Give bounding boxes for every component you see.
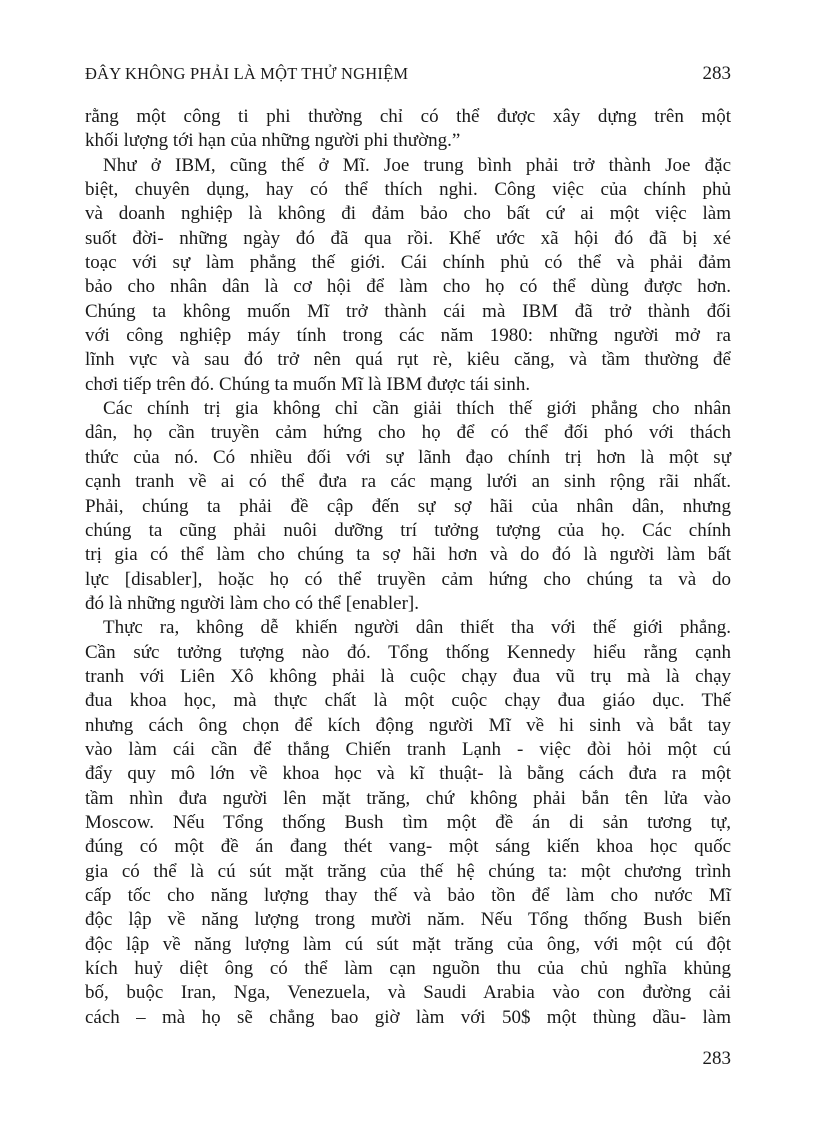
text-line: chơi tiếp trên đó. Chúng ta muốn Mĩ là I… (85, 373, 731, 397)
header-page-number: 283 (703, 63, 732, 85)
text-line: gia có thể là cú sút mặt trăng của thế h… (85, 860, 731, 884)
text-line: độc lập về năng lượng làm cú sút mặt tră… (85, 933, 731, 957)
text-line: khối lượng tới hạn của những người phi t… (85, 129, 731, 153)
text-line: chúng ta cũng phải nuôi dưỡng trí tưởng … (85, 519, 731, 543)
text-line: cấp tốc cho năng lượng thay thế và bảo t… (85, 884, 731, 908)
text-line: biệt, chuyên dụng, hay có thể thích nghi… (85, 178, 731, 202)
text-line: độc lập về năng lượng trong mười năm. Nế… (85, 908, 731, 932)
footer-page-number: 283 (85, 1048, 731, 1070)
text-line: thức của nó. Có nhiều đối với sự lãnh đạ… (85, 446, 731, 470)
text-line: đua khoa học, mà thực chất là một cuộc c… (85, 689, 731, 713)
text-line: đó là những người làm cho có thể [enable… (85, 592, 731, 616)
running-header: ĐÂY KHÔNG PHẢI LÀ MỘT THỬ NGHIỆM 283 (85, 63, 731, 87)
text-line: tầm nhìn đưa người lên mặt trăng, chứ kh… (85, 787, 731, 811)
text-line: bảo cho nhân dân là cơ hội để làm cho họ… (85, 275, 731, 299)
text-line: Như ở IBM, cũng thế ở Mĩ. Joe trung bình… (85, 154, 731, 178)
text-line: suốt đời- những ngày đó đã qua rồi. Khế … (85, 227, 731, 251)
running-title: ĐÂY KHÔNG PHẢI LÀ MỘT THỬ NGHIỆM (85, 64, 408, 84)
text-line: với công nghiệp máy tính trong các năm 1… (85, 324, 731, 348)
body-text: rằng một công ti phi thường chỉ có thể đ… (85, 105, 731, 1030)
text-line: Phải, chúng ta phải đề cập đến sự sợ hãi… (85, 495, 731, 519)
text-line: bố, buộc Iran, Nga, Venezuela, và Saudi … (85, 981, 731, 1005)
text-line: cách – mà họ sẽ chẳng bao giờ làm với 50… (85, 1006, 731, 1030)
text-line: lĩnh vực và sau đó trở nên quá rụt rè, k… (85, 348, 731, 372)
text-line: đúng có một đề án đang thét vang- một sá… (85, 835, 731, 859)
text-line: Cần sức tưởng tượng nào đó. Tổng thống K… (85, 641, 731, 665)
text-line: tranh với Liên Xô không phải là cuộc chạ… (85, 665, 731, 689)
text-line: trị gia có thể làm cho chúng ta sợ hãi h… (85, 543, 731, 567)
text-line: lực [disabler], hoặc họ có thể truyền cả… (85, 568, 731, 592)
text-line: toạc với sự làm phẳng thế giới. Cái chín… (85, 251, 731, 275)
text-line: cạnh tranh về ai có thể đưa ra các mạng … (85, 470, 731, 494)
text-line: Chúng ta không muốn Mĩ trở thành cái mà … (85, 300, 731, 324)
text-line: dân, họ cần truyền cảm hứng cho họ để có… (85, 421, 731, 445)
text-line: vào làm cái cần để thắng Chiến tranh Lạn… (85, 738, 731, 762)
text-line: đẩy quy mô lớn về khoa học và kĩ thuật- … (85, 762, 731, 786)
text-line: Thực ra, không dễ khiến người dân thiết … (85, 616, 731, 640)
text-line: và doanh nghiệp là không đi đảm bảo cho … (85, 202, 731, 226)
text-line: nhưng cách ông chọn để kích động người M… (85, 714, 731, 738)
text-line: kích huỷ diệt ông có thể làm cạn nguồn t… (85, 957, 731, 981)
text-line: Moscow. Nếu Tổng thống Bush tìm một đề á… (85, 811, 731, 835)
text-line: rằng một công ti phi thường chỉ có thể đ… (85, 105, 731, 129)
text-line: Các chính trị gia không chỉ cần giải thí… (85, 397, 731, 421)
